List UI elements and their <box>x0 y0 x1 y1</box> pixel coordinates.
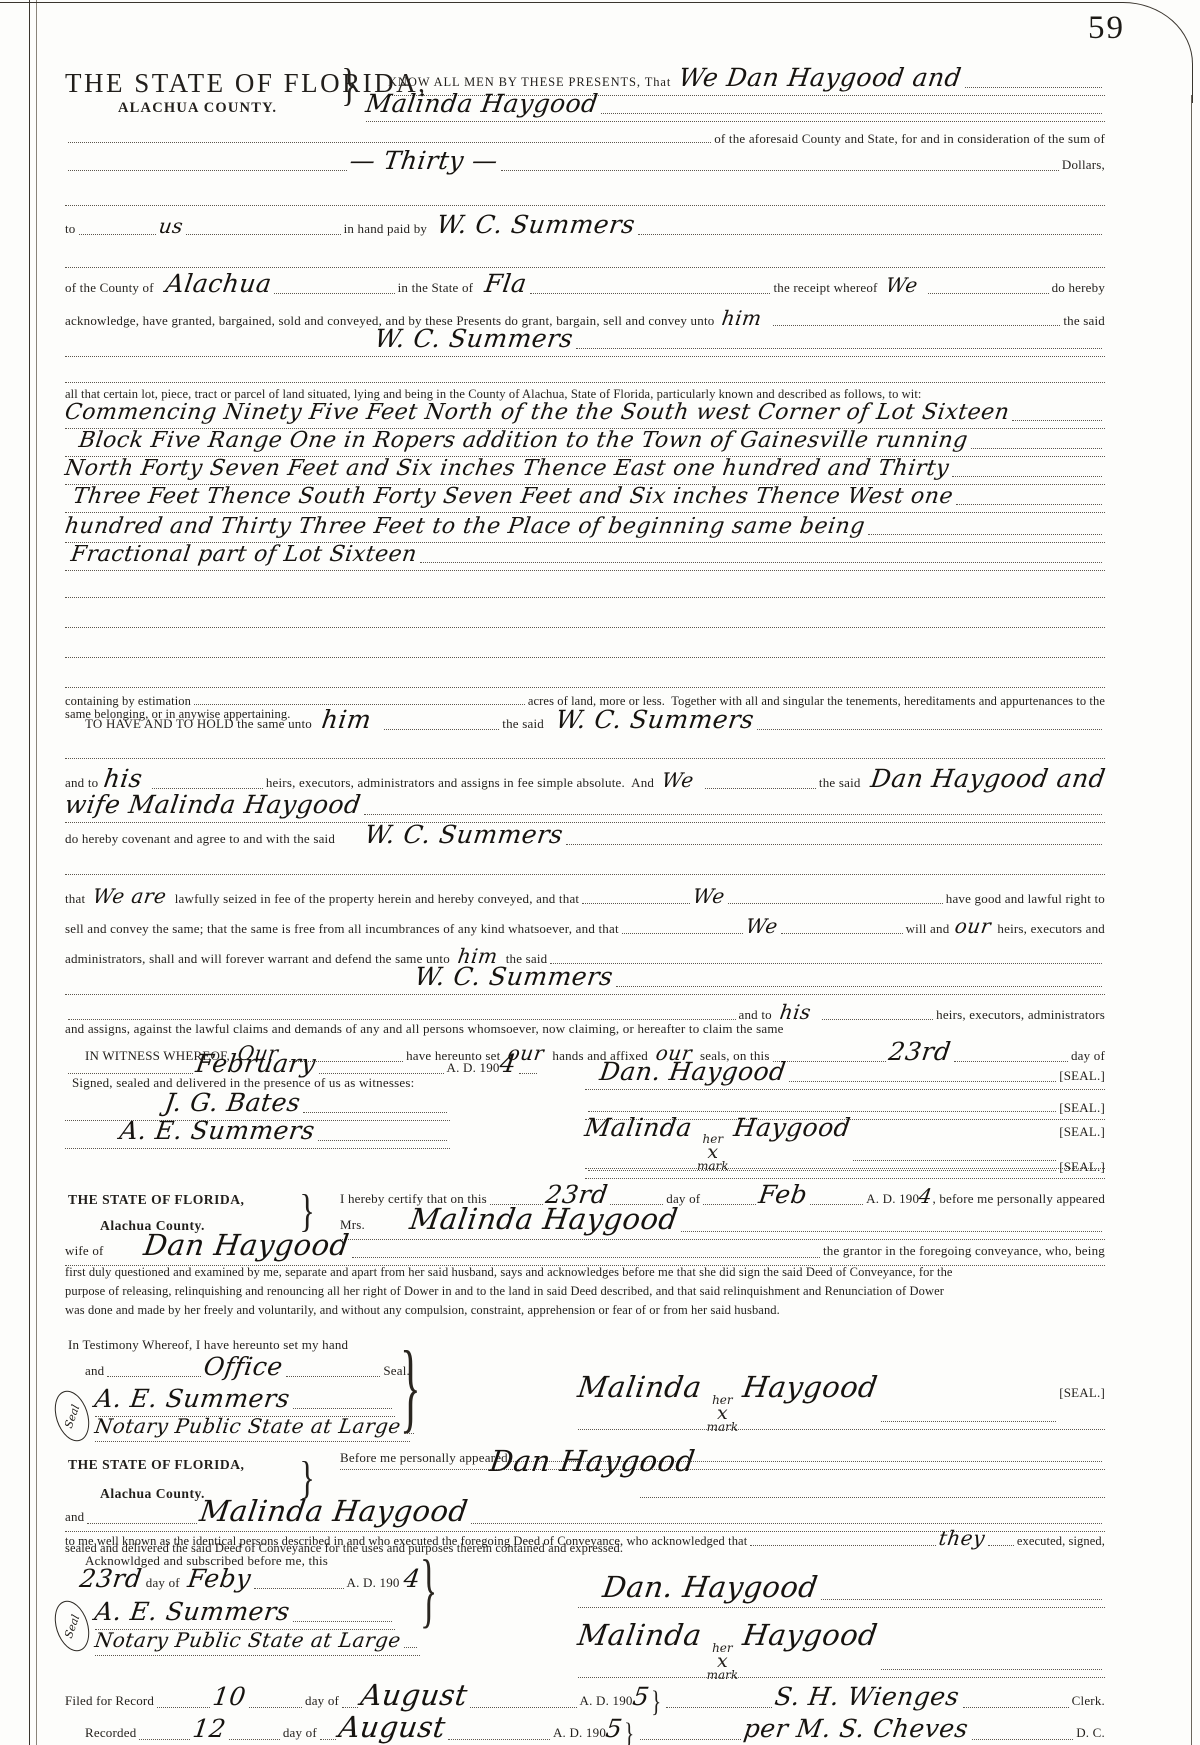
knowall-text: KNOW ALL MEN BY THESE PRESENTS, That <box>388 75 671 90</box>
witness-year-value: 4 <box>498 1049 518 1078</box>
grantee-handwritten: W. C. Summers <box>373 324 575 353</box>
heirs-row: and to his heirs, executors, administrat… <box>65 764 1105 793</box>
wife-of-label: wife of <box>65 1243 104 1259</box>
recorded-label: Recorded <box>85 1725 136 1741</box>
county-handwritten: Alachua <box>164 269 274 298</box>
filed-row: Filed for Record 10 day of August A. D. … <box>65 1678 1105 1712</box>
ack-malinda-last: Haygood <box>741 1618 880 1652</box>
notary-title-row: Notary Public State at Large <box>95 1414 410 1442</box>
dollars-label: Dollars, <box>1062 157 1105 173</box>
grantee-handwritten: W. C. Summers <box>554 705 756 734</box>
aforesaid-text: of the aforesaid County and State, for a… <box>714 131 1105 147</box>
description-line-4: Three Feet Thence South Forty Seven Feet… <box>65 484 1105 513</box>
ad-label: A. D. 190 <box>447 1060 500 1076</box>
blank-line <box>65 627 1105 628</box>
dower-para1-text: first duly questioned and examined by me… <box>65 1265 953 1280</box>
dower-para2-text: purpose of releasing, relinquishing and … <box>65 1284 944 1299</box>
grantee-name-row-2: W. C. Summers <box>65 962 1105 995</box>
sell-text: sell and convey the same; that the same … <box>65 921 619 937</box>
dower-para3-text: was done and made by her freely and volu… <box>65 1303 780 1318</box>
will-and-label: will and <box>906 921 950 937</box>
the-said-label: the said <box>502 716 544 732</box>
ack-malinda-value: Malinda Haygood <box>198 1494 471 1528</box>
page-number: 59 <box>1088 10 1125 47</box>
day-of-label: day of <box>305 1693 339 1709</box>
state-value: Fla <box>483 269 529 298</box>
ack-dan-value: Dan Haygood <box>488 1444 698 1478</box>
description-text-3: North Forty Seven Feet and Six inches Th… <box>63 456 950 481</box>
filed-day-value: 10 <box>211 1682 248 1711</box>
office-seal-row: and Office Seal. <box>85 1352 410 1381</box>
amount-handwritten: — Thirty — <box>348 146 500 175</box>
our-value: our <box>954 914 993 938</box>
description-text-5: hundred and Thirty Three Feet to the Pla… <box>63 514 866 539</box>
notary-signature: A. E. Summers <box>93 1384 292 1413</box>
top-border-line <box>0 2 1070 3</box>
malinda-signature-first: Malinda <box>583 1113 694 1142</box>
receipt-label: the receipt whereof <box>773 280 877 296</box>
to-have-row: TO HAVE AND TO HOLD the same unto him th… <box>65 705 1105 734</box>
covenant-value: W. C. Summers <box>363 820 565 849</box>
ack-day-value: 23rd <box>78 1564 144 1593</box>
her-mark-stack: her x mark <box>707 1394 739 1433</box>
clerk-signature: S. H. Wienges <box>773 1682 961 1711</box>
dower-para-3: was done and made by her freely and volu… <box>65 1303 1105 1318</box>
seal-label: [SEAL.] <box>1059 1124 1105 1140</box>
dower-para-2: purpose of releasing, relinquishing and … <box>65 1284 1105 1299</box>
grantor-fore-text: the grantor in the foregoing conveyance,… <box>823 1243 1105 1259</box>
description-text-2: Block Five Range One in Ropers addition … <box>77 428 969 453</box>
before-text: Before me personally appeared <box>340 1450 508 1466</box>
dower-para-1: first duly questioned and examined by me… <box>65 1265 1105 1280</box>
notary-seal-stamp-2: Seal <box>49 1596 96 1655</box>
filed-label: Filed for Record <box>65 1693 154 1709</box>
wife-row: wife Malinda Haygood <box>65 790 1105 823</box>
testimony-text: In Testimony Whereof, I have hereunto se… <box>68 1337 348 1353</box>
stamp-text: Seal <box>62 1612 82 1639</box>
state-of-label: in the State of <box>398 280 474 296</box>
heirs-assigns-text: heirs, executors, administrators and ass… <box>266 775 654 791</box>
notary-sig-row-2: A. E. Summers <box>95 1597 395 1630</box>
witness-month-value: February <box>194 1049 318 1078</box>
notary-signature: A. E. Summers <box>93 1597 292 1626</box>
grantors-row2: Malinda Haygood <box>366 89 1105 122</box>
description-line-1: Commencing Ninety Five Feet North of the… <box>65 400 1105 429</box>
dower-state-title: THE STATE OF FLORIDA, <box>68 1192 244 1208</box>
sell-value: We <box>745 914 780 938</box>
seized-row: that We are lawfully seized in fee of th… <box>65 884 1105 908</box>
to-have-text: TO HAVE AND TO HOLD the same unto <box>85 716 312 732</box>
description-line-3: North Forty Seven Feet and Six inches Th… <box>65 456 1105 485</box>
dan-signature: Dan. Haygood <box>598 1057 788 1086</box>
county-of-label: of the County of <box>65 280 154 296</box>
description-line-2: Block Five Range One in Ropers addition … <box>65 428 1105 457</box>
malinda-signature-last: Haygood <box>732 1113 853 1142</box>
description-line-6: Fractional part of Lot Sixteen <box>65 542 1105 571</box>
testimony-row: In Testimony Whereof, I have hereunto se… <box>68 1337 1105 1353</box>
before-row: Before me personally appeared <box>340 1450 1105 1470</box>
blank-line <box>65 758 1105 759</box>
and-value: We <box>660 768 695 792</box>
ack-month-value: Feby <box>186 1564 253 1593</box>
grantor-names-value: Dan Haygood and <box>869 764 1107 793</box>
clerk-label: Clerk. <box>1072 1693 1105 1709</box>
blank-line <box>65 874 1105 875</box>
ack-dan-signature: Dan. Haygood <box>601 1570 820 1604</box>
to-label: to <box>65 221 76 237</box>
recorded-day-value: 12 <box>191 1714 228 1743</box>
that-label: that <box>65 891 85 907</box>
wife-handwritten: wife Malinda Haygood <box>63 790 363 819</box>
ad-label: A. D. 190 <box>580 1693 633 1709</box>
notary-title-handwritten: Notary Public State at Large <box>93 1628 402 1652</box>
do-hereby-label: do hereby <box>1052 280 1105 296</box>
paid-by-row: to us in hand paid by W. C. Summers <box>65 210 1105 239</box>
grantors-handwritten-2: Malinda Haygood <box>364 89 600 118</box>
grantors-handwritten-1: We Dan Haygood and <box>677 63 963 92</box>
recorded-row: Recorded 12 day of August A. D. 190 5 } … <box>85 1710 1105 1744</box>
assigns-row: and assigns, against the lawful claims a… <box>65 1021 1105 1037</box>
description-text-4: Three Feet Thence South Forty Seven Feet… <box>71 484 955 509</box>
stamp-text: Seal <box>62 1402 82 1429</box>
county-state-row: of the County of Alachua County. Alachua… <box>65 269 1105 298</box>
and-label: and <box>85 1363 104 1379</box>
recorded-year-value: 5 <box>604 1714 624 1743</box>
seized-value: We <box>691 884 726 908</box>
ad-label: A. D. 190 <box>553 1725 606 1741</box>
filed-year-value: 5 <box>631 1682 651 1711</box>
covenant-text: do hereby covenant and agree to and with… <box>65 831 335 847</box>
dower-sig-last: Haygood <box>741 1370 880 1404</box>
dc-label: D. C. <box>1076 1725 1105 1741</box>
county-title: ALACHUA COUNTY. <box>118 100 277 117</box>
left-margin-line-inner <box>36 0 37 1745</box>
day-of-label: day of <box>146 1575 180 1591</box>
ack-malinda-sig-row: Malinda her x mark Haygood <box>578 1618 1105 1678</box>
assigns-text: and assigns, against the lawful claims a… <box>65 1021 784 1037</box>
mark-label: mark <box>707 1421 739 1433</box>
receipt-value: We <box>884 273 919 297</box>
blank-line <box>65 267 1105 268</box>
deed-record-page: 59 THE STATE OF FLORIDA, ALACHUA COUNTY.… <box>0 0 1200 1745</box>
witness-month-row: February A. D. 190 4 <box>65 1049 540 1078</box>
covenant-row: do hereby covenant and agree to and with… <box>65 820 1105 849</box>
amount-row: — Thirty — Dollars, <box>65 146 1105 175</box>
seal-label: [SEAL.] <box>1059 1385 1105 1401</box>
seized-text: lawfully seized in fee of the property h… <box>175 891 579 907</box>
her-mark-stack: her x mark <box>707 1642 739 1681</box>
notary-title-row-2: Notary Public State at Large <box>95 1628 420 1656</box>
and-label: and <box>65 1509 84 1525</box>
ack-date-row: 23rd day of Feby A. D. 190 4 <box>80 1564 420 1593</box>
paid-by-label: in hand paid by <box>344 221 428 237</box>
wife-of-row: wife of Dan Haygood the grantor in the f… <box>65 1228 1105 1266</box>
ack-dan-sig-row: Dan. Haygood <box>578 1570 1105 1608</box>
ack-brace-tall: } <box>420 1548 437 1632</box>
office-value: Office <box>202 1352 285 1381</box>
notary-sig-row: A. E. Summers <box>95 1384 395 1417</box>
seal-label: [SEAL.] <box>1059 1159 1105 1175</box>
blank-line <box>65 205 1105 206</box>
seal-label: [SEAL.] <box>1059 1068 1105 1084</box>
seal-row-4: [SEAL.] <box>585 1159 1105 1179</box>
and-to-label: and to <box>65 775 98 791</box>
heirs-ex-text: heirs, executors and <box>997 921 1105 937</box>
lawful-right-text: have good and lawful right to <box>946 891 1105 907</box>
ack-state-title: THE STATE OF FLORIDA, <box>68 1457 244 1473</box>
ack-year-value: 4 <box>402 1564 422 1593</box>
that-value: We are <box>92 884 169 908</box>
aforesaid-row: of the aforesaid County and State, for a… <box>65 131 1105 147</box>
notary-title-handwritten: Notary Public State at Large <box>93 1414 402 1438</box>
wife-of-value: Dan Haygood <box>141 1228 351 1262</box>
witness-sig-row-2: A. E. Summers <box>65 1116 450 1149</box>
and-to-value: his <box>102 764 145 793</box>
blank-line <box>65 382 1105 383</box>
recorded-month-value: August <box>337 1710 448 1744</box>
ack-malinda-first: Malinda <box>576 1618 704 1652</box>
grantee-handwritten: W. C. Summers <box>413 962 615 991</box>
description-text-1: Commencing Ninety Five Feet North of the… <box>63 400 1011 425</box>
dower-signature-row: Malinda her x mark Haygood [SEAL.] <box>578 1370 1105 1430</box>
left-margin-line-outer <box>29 0 30 1745</box>
x-mark: x <box>717 1654 728 1669</box>
the-said-label: the said <box>819 775 861 791</box>
grantee-name-row: W. C. Summers <box>65 324 1105 357</box>
witness2-signature: A. E. Summers <box>118 1116 317 1145</box>
ad-label: A. D. 190 <box>347 1575 400 1591</box>
paid-by-value: W. C. Summers <box>435 210 637 239</box>
blank-line <box>65 597 1105 598</box>
header-brace: } <box>341 62 356 108</box>
witness1-signature: J. G. Bates <box>163 1088 302 1117</box>
to-value: us <box>157 214 185 238</box>
sell-row: sell and convey the same; that the same … <box>65 914 1105 938</box>
day-of-label: day of <box>283 1725 317 1741</box>
deputy-signature: per M. S. Cheves <box>742 1714 970 1743</box>
filed-month-value: August <box>359 1678 470 1712</box>
x-mark: x <box>707 1145 718 1160</box>
x-mark: x <box>717 1406 728 1421</box>
dower-sig-first: Malinda <box>576 1370 704 1404</box>
description-line-5: hundred and Thirty Three Feet to the Pla… <box>65 514 1105 543</box>
notary-seal-stamp: Seal <box>49 1386 96 1445</box>
to-have-value: him <box>320 705 373 734</box>
seal-row-1: Dan. Haygood [SEAL.] <box>585 1057 1105 1090</box>
description-text-6: Fractional part of Lot Sixteen <box>69 542 418 567</box>
blank-line <box>65 687 1105 688</box>
right-border-line <box>1191 95 1192 1745</box>
blank-line <box>65 657 1105 658</box>
